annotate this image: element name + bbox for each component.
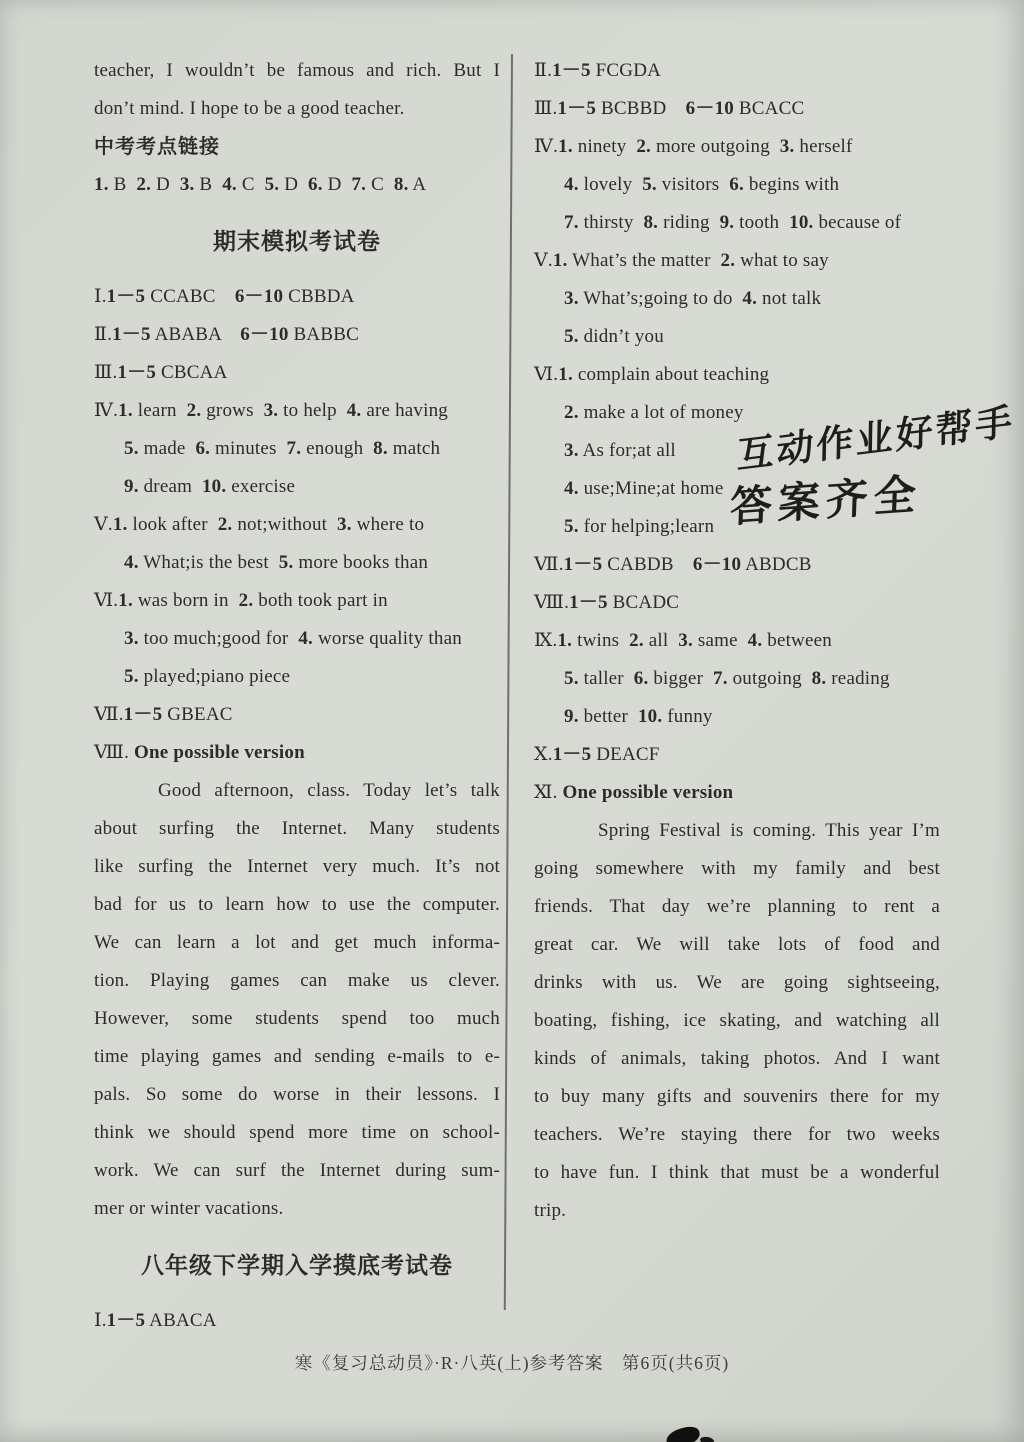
section-heading: 八年级下学期入学摸底考试卷	[94, 1228, 500, 1302]
text-line: Ⅴ.1. What’s the matter 2. what to say	[534, 242, 940, 280]
text-line: to have fun. I think that must be a wond…	[534, 1154, 940, 1192]
text-line: 5. didn’t you	[534, 318, 940, 356]
text-line: Ⅵ.1. complain about teaching	[534, 356, 940, 394]
text-line: Ⅳ.1. learn 2. grows 3. to help 4. are ha…	[94, 392, 500, 430]
text-line: 9. better 10. funny	[534, 698, 940, 736]
column-divider	[504, 54, 513, 1310]
text-line: Ⅸ.1. twins 2. all 3. same 4. between	[534, 622, 940, 660]
text-line: teacher, I wouldn’t be famous and rich. …	[94, 52, 500, 90]
text-line: about surfing the Internet. Many student…	[94, 810, 500, 848]
text-line: 5. played;piano piece	[94, 658, 500, 696]
text-line: friends. That day we’re planning to rent…	[534, 888, 940, 926]
text-line: 5. made 6. minutes 7. enough 8. match	[94, 430, 500, 468]
text-line: boating, fishing, ice skating, and watch…	[534, 1002, 940, 1040]
text-line: We can learn a lot and get much informa-	[94, 924, 500, 962]
text-line: pals. So some do worse in their lessons.…	[94, 1076, 500, 1114]
text-line: Ⅲ.1－5 CBCAA	[94, 354, 500, 392]
text-line: time playing games and sending e-mails t…	[94, 1038, 500, 1076]
text-line: 5. taller 6. bigger 7. outgoing 8. readi…	[534, 660, 940, 698]
text-line: kinds of animals, taking photos. And I w…	[534, 1040, 940, 1078]
text-line: Ⅷ. One possible version	[94, 734, 500, 772]
text-line: going somewhere with my family and best	[534, 850, 940, 888]
text-line: 4. What;is the best 5. more books than	[94, 544, 500, 582]
subsection-heading: 中考考点链接	[94, 128, 500, 166]
text-line: tion. Playing games can make us clever.	[94, 962, 500, 1000]
ink-blot	[665, 1425, 702, 1442]
text-line: bad for us to learn how to use the compu…	[94, 886, 500, 924]
text-line: Ⅺ. One possible version	[534, 774, 940, 812]
text-line: Ⅰ.1－5 ABACA	[94, 1302, 500, 1340]
text-line: 1. B 2. D 3. B 4. C 5. D 6. D 7. C 8. A	[94, 166, 500, 204]
text-line: don’t mind. I hope to be a good teacher.	[94, 90, 500, 128]
text-line: teachers. We’re staying there for two we…	[534, 1116, 940, 1154]
text-line: Ⅲ.1－5 BCBBD 6－10 BCACC	[534, 90, 940, 128]
text-line: Spring Festival is coming. This year I’m	[534, 812, 940, 850]
section-heading: 期末模拟考试卷	[94, 204, 500, 278]
text-line: 3. too much;good for 4. worse quality th…	[94, 620, 500, 658]
text-line: to buy many gifts and souvenirs there fo…	[534, 1078, 940, 1116]
text-line: Ⅶ.1－5 CABDB 6－10 ABDCB	[534, 546, 940, 584]
text-line: Ⅴ.1. look after 2. not;without 3. where …	[94, 506, 500, 544]
text-line: drinks with us. We are going sightseeing…	[534, 964, 940, 1002]
text-line: Ⅶ.1－5 GBEAC	[94, 696, 500, 734]
page-footer: 寒《复习总动员》·R·八英(上)参考答案 第6页(共6页)	[0, 1348, 1024, 1378]
text-line: Ⅷ.1－5 BCADC	[534, 584, 940, 622]
text-line: work. We can surf the Internet during su…	[94, 1152, 500, 1190]
text-line: Ⅰ.1－5 CCABC 6－10 CBBDA	[94, 278, 500, 316]
text-line: 4. lovely 5. visitors 6. begins with	[534, 166, 940, 204]
text-line: Ⅳ.1. ninety 2. more outgoing 3. herself	[534, 128, 940, 166]
text-line: Ⅵ.1. was born in 2. both took part in	[94, 582, 500, 620]
text-line: great car. We will take lots of food and	[534, 926, 940, 964]
text-line: However, some students spend too much	[94, 1000, 500, 1038]
text-line: mer or winter vacations.	[94, 1190, 500, 1228]
text-line: 3. What’s;going to do 4. not talk	[534, 280, 940, 318]
text-line: Ⅱ.1－5 FCGDA	[534, 52, 940, 90]
text-line: Ⅱ.1－5 ABABA 6－10 BABBC	[94, 316, 500, 354]
text-line: Good afternoon, class. Today let’s talk	[94, 772, 500, 810]
text-line: like surfing the Internet very much. It’…	[94, 848, 500, 886]
ink-blot-small	[700, 1436, 715, 1442]
text-line: 9. dream 10. exercise	[94, 468, 500, 506]
right-column: Ⅱ.1－5 FCGDAⅢ.1－5 BCBBD 6－10 BCACCⅣ.1. ni…	[534, 52, 940, 1230]
left-column: teacher, I wouldn’t be famous and rich. …	[94, 52, 500, 1340]
text-line: Ⅹ.1－5 DEACF	[534, 736, 940, 774]
text-line: trip.	[534, 1192, 940, 1230]
text-line: 7. thirsty 8. riding 9. tooth 10. becaus…	[534, 204, 940, 242]
text-line: think we should spend more time on schoo…	[94, 1114, 500, 1152]
